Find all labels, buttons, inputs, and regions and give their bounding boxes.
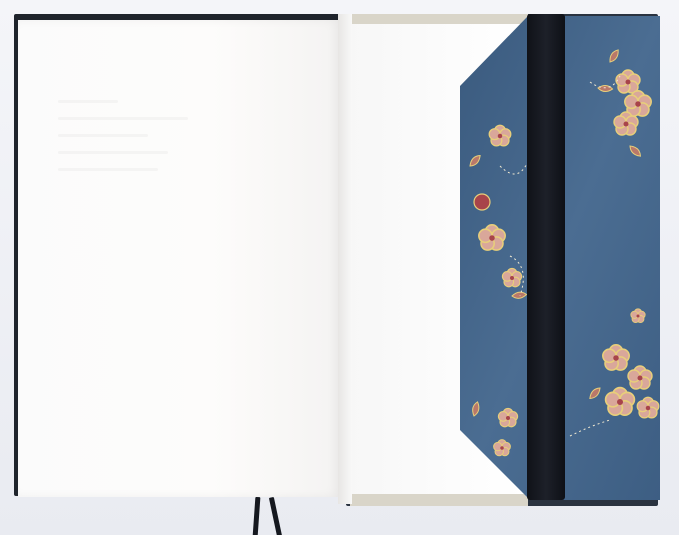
elastic-closure-band xyxy=(527,14,565,500)
show-through-text xyxy=(58,100,318,185)
left-page xyxy=(18,20,341,497)
book-spine-gutter xyxy=(338,14,352,504)
product-photo: Open hardcover notebook with blue floral… xyxy=(0,0,679,535)
